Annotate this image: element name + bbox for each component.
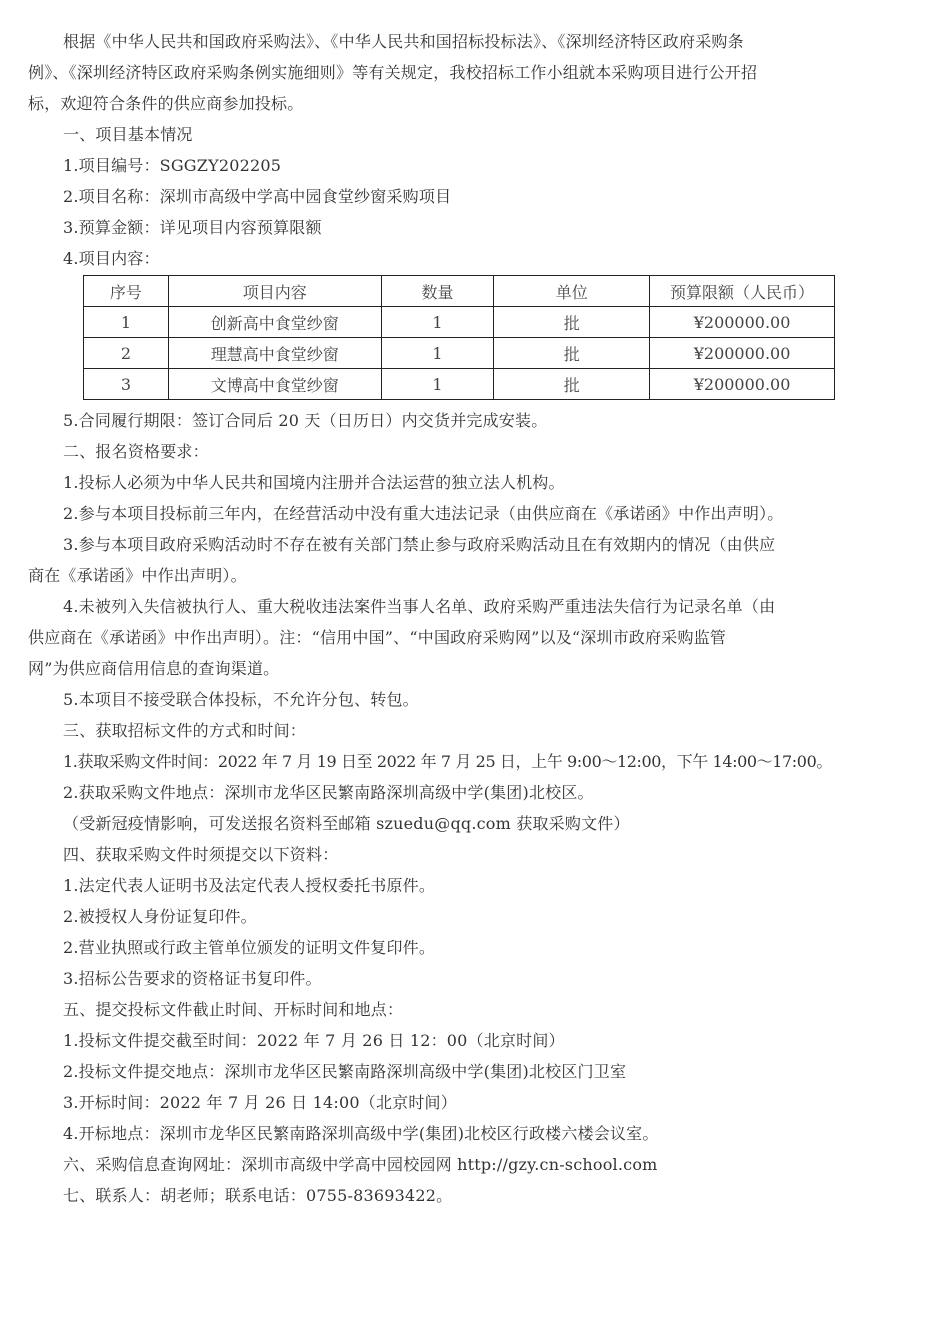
cell-budget: ¥200000.00 <box>650 369 835 400</box>
section2-heading: 二、报名资格要求： <box>63 442 209 462</box>
cell-content: 文博高中食堂纱窗 <box>168 369 381 400</box>
section4-heading: 四、获取采购文件时须提交以下资料： <box>63 845 338 865</box>
bid-submission-location: 2.投标文件提交地点：深圳市龙华区民繁南路深圳高级中学(集团)北校区门卫室 <box>63 1062 626 1082</box>
qualification-3-line-2: 商在《承诺函》中作出声明）。 <box>28 566 247 586</box>
document-req-3: 2.营业执照或行政主管单位颁发的证明文件复印件。 <box>63 938 435 958</box>
intro-line-2: 例》、《深圳经济特区政府采购条例实施细则》等有关规定，我校招标工作小组就本采购项… <box>28 63 757 83</box>
cell-serial: 1 <box>84 307 169 338</box>
acquisition-time: 1.获取采购文件时间：2022 年 7 月 19 日至 2022 年 7 月 2… <box>63 752 832 772</box>
qualification-4-line-2: 供应商在《承诺函》中作出声明）。注：“信用中国”、“中国政府采购网”以及“深圳市… <box>28 628 726 648</box>
qualification-3-line-1: 3.参与本项目政府采购活动时不存在被有关部门禁止参与政府采购活动且在有效期内的情… <box>63 535 775 555</box>
budget-amount: 3.预算金额：详见项目内容预算限额 <box>63 218 322 238</box>
cell-budget: ¥200000.00 <box>650 307 835 338</box>
cell-serial: 3 <box>84 369 169 400</box>
project-content-label: 4.项目内容： <box>63 249 160 269</box>
qualification-2: 2.参与本项目投标前三年内，在经营活动中没有重大违法记录（由供应商在《承诺函》中… <box>63 504 783 524</box>
cell-content: 创新高中食堂纱窗 <box>168 307 381 338</box>
cell-serial: 2 <box>84 338 169 369</box>
intro-line-3: 标，欢迎符合条件的供应商参加投标。 <box>28 94 303 114</box>
bid-deadline: 1.投标文件提交截至时间：2022 年 7 月 26 日 12：00（北京时间） <box>63 1031 565 1051</box>
project-items-table: 序号 项目内容 数量 单位 预算限额（人民币） 1 创新高中食堂纱窗 1 批 ¥… <box>83 275 835 400</box>
header-content: 项目内容 <box>168 276 381 307</box>
section7-contact: 七、联系人：胡老师；联系电话：0755-83693422。 <box>63 1186 452 1206</box>
qualification-4-line-3: 网”为供应商信用信息的查询渠道。 <box>28 659 279 679</box>
cell-unit: 批 <box>494 338 650 369</box>
table-row: 2 理慧高中食堂纱窗 1 批 ¥200000.00 <box>84 338 835 369</box>
document-req-2: 2.被授权人身份证复印件。 <box>63 907 257 927</box>
acquisition-location: 2.获取采购文件地点：深圳市龙华区民繁南路深圳高级中学(集团)北校区。 <box>63 783 594 803</box>
section1-heading: 一、项目基本情况 <box>63 125 193 145</box>
header-quantity: 数量 <box>381 276 494 307</box>
cell-quantity: 1 <box>381 338 494 369</box>
document-req-1: 1.法定代表人证明书及法定代表人授权委托书原件。 <box>63 876 435 896</box>
cell-quantity: 1 <box>381 307 494 338</box>
table-row: 1 创新高中食堂纱窗 1 批 ¥200000.00 <box>84 307 835 338</box>
qualification-5: 5.本项目不接受联合体投标，不允许分包、转包。 <box>63 690 419 710</box>
qualification-4-line-1: 4.未被列入失信被执行人、重大税收违法案件当事人名单、政府采购严重违法失信行为记… <box>63 597 775 617</box>
cell-content: 理慧高中食堂纱窗 <box>168 338 381 369</box>
project-name: 2.项目名称：深圳市高级中学高中园食堂纱窗采购项目 <box>63 187 451 207</box>
header-unit: 单位 <box>494 276 650 307</box>
bid-opening-location: 4.开标地点：深圳市龙华区民繁南路深圳高级中学(集团)北校区行政楼六楼会议室。 <box>63 1124 659 1144</box>
acquisition-email-note: （受新冠疫情影响，可发送报名资料至邮箱 szuedu@qq.com 获取采购文件… <box>63 814 630 834</box>
qualification-1: 1.投标人必须为中华人民共和国境内注册并合法运营的独立法人机构。 <box>63 473 565 493</box>
header-serial: 序号 <box>84 276 169 307</box>
section5-heading: 五、提交投标文件截止时间、开标时间和地点： <box>63 1000 403 1020</box>
intro-line-1: 根据《中华人民共和国政府采购法》、《中华人民共和国招标投标法》、《深圳经济特区政… <box>63 32 744 52</box>
cell-quantity: 1 <box>381 369 494 400</box>
table-header-row: 序号 项目内容 数量 单位 预算限额（人民币） <box>84 276 835 307</box>
section6-website: 六、采购信息查询网址：深圳市高级中学高中园校园网 http://gzy.cn-s… <box>63 1155 658 1175</box>
section3-heading: 三、获取招标文件的方式和时间： <box>63 721 306 741</box>
cell-budget: ¥200000.00 <box>650 338 835 369</box>
header-budget: 预算限额（人民币） <box>650 276 835 307</box>
cell-unit: 批 <box>494 307 650 338</box>
contract-period: 5.合同履行期限：签订合同后 20 天（日历日）内交货并完成安装。 <box>63 411 547 431</box>
project-number: 1.项目编号：SGGZY202205 <box>63 156 281 176</box>
bid-opening-time: 3.开标时间：2022 年 7 月 26 日 14:00（北京时间） <box>63 1093 457 1113</box>
cell-unit: 批 <box>494 369 650 400</box>
table-row: 3 文博高中食堂纱窗 1 批 ¥200000.00 <box>84 369 835 400</box>
document-req-4: 3.招标公告要求的资格证书复印件。 <box>63 969 322 989</box>
